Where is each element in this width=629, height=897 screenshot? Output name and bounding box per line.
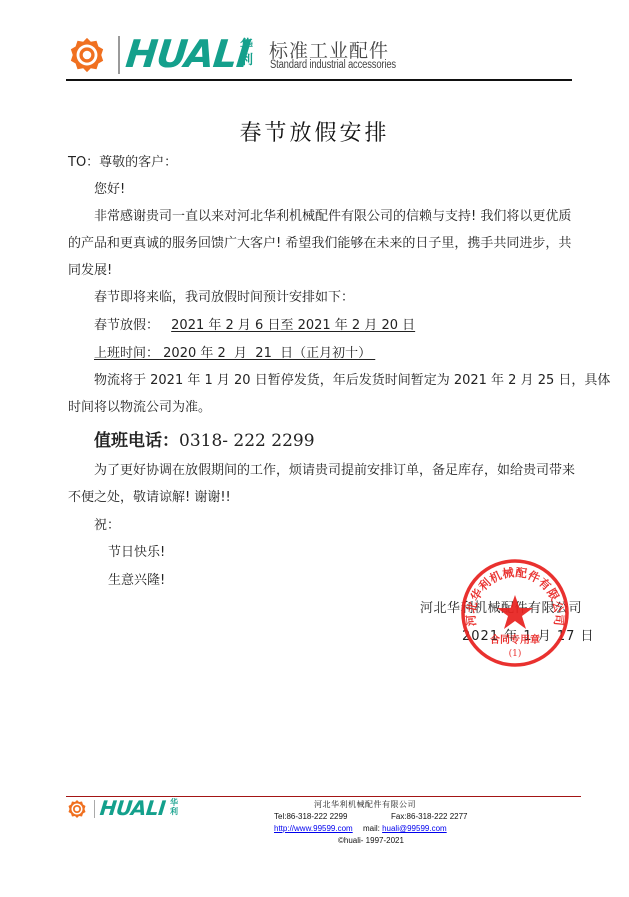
paragraph1-line3: 同发展! bbox=[68, 263, 112, 279]
holiday-row: 春节放假： 2021 年 2 月 6 日至 2021 年 2 月 20 日 bbox=[94, 318, 415, 334]
footer-tel: Tel:86-318-222 2299 bbox=[274, 812, 347, 822]
footer-brand-text: HUALI bbox=[99, 796, 167, 820]
wish-2: 生意兴隆! bbox=[108, 573, 165, 589]
stamp-center-text: 合同专用章 bbox=[490, 633, 540, 646]
request-line1: 为了更好协调在放假期间的工作，烦请贵司提前安排订单，备足库存，如给贵司带来 bbox=[94, 463, 575, 479]
footer-brand-cn: 华利 bbox=[170, 798, 179, 816]
footer-contact-row: http://www.99599.com mail: huali@99599.c… bbox=[274, 824, 447, 834]
header-rule bbox=[66, 79, 572, 81]
stamp-number: (1) bbox=[509, 648, 522, 659]
logo-divider bbox=[118, 36, 120, 74]
footer-copyright: ©huali- 1997-2021 bbox=[338, 836, 404, 846]
salutation: TO：尊敬的客户： bbox=[68, 155, 177, 171]
greeting: 您好! bbox=[94, 182, 125, 198]
document-title: 春节放假安排 bbox=[0, 116, 629, 147]
duty-phone-number: 0318- 222 2299 bbox=[179, 431, 315, 451]
website-link[interactable]: http://www.99599.com bbox=[274, 824, 353, 833]
holiday-dates: 2021 年 2 月 6 日至 2021 年 2 月 20 日 bbox=[171, 318, 415, 333]
brand-logo-text: HUALI bbox=[124, 32, 252, 76]
mail-label: mail: bbox=[363, 824, 380, 833]
footer-fax: Fax:86-318-222 2277 bbox=[391, 812, 468, 822]
duty-phone-label: 值班电话： bbox=[94, 431, 179, 451]
star-icon bbox=[497, 595, 533, 629]
logistics-line1: 物流将于 2021 年 1 月 20 日暂停发货，年后发货时间暂定为 2021 … bbox=[94, 373, 610, 389]
tagline-en: Standard industrial accessories bbox=[270, 59, 396, 71]
gear-logo-icon bbox=[67, 799, 87, 819]
brand-logo-cn: 华利 bbox=[240, 38, 256, 68]
email-link[interactable]: huali@99599.com bbox=[382, 824, 447, 833]
gear-logo-icon bbox=[68, 36, 106, 74]
paragraph1-line1: 非常感谢贵司一直以来对河北华利机械配件有限公司的信赖与支持! 我们将以更优质 bbox=[94, 209, 571, 225]
paragraph1-line2: 的产品和更真诚的服务回馈广大客户! 希望我们能够在未来的日子里，携手共同进步，共 bbox=[68, 236, 571, 252]
work-resume-label: 上班时间： bbox=[94, 346, 159, 361]
schedule-intro: 春节即将来临，我司放假时间预计安排如下： bbox=[94, 290, 354, 306]
request-line2: 不便之处，敬请谅解! 谢谢!! bbox=[68, 490, 231, 506]
work-resume-date: 2020 年 2 月 21 日（正月初十） bbox=[159, 346, 375, 361]
company-seal-stamp: 河北华利机械配件有限公司 合同专用章 (1) bbox=[459, 557, 571, 669]
work-resume-row: 上班时间： 2020 年 2 月 21 日（正月初十） bbox=[94, 346, 375, 362]
logistics-line2: 时间将以物流公司为准。 bbox=[68, 400, 211, 416]
duty-phone: 值班电话：0318- 222 2299 bbox=[94, 426, 315, 451]
footer-logo-divider bbox=[94, 800, 95, 818]
wish-label: 祝： bbox=[94, 518, 120, 534]
wish-1: 节日快乐! bbox=[108, 545, 165, 561]
letterhead: HUALI 华利 标准工业配件 Standard industrial acce… bbox=[66, 30, 572, 82]
holiday-label: 春节放假： bbox=[94, 318, 159, 333]
footer-company: 河北华利机械配件有限公司 bbox=[314, 800, 416, 810]
